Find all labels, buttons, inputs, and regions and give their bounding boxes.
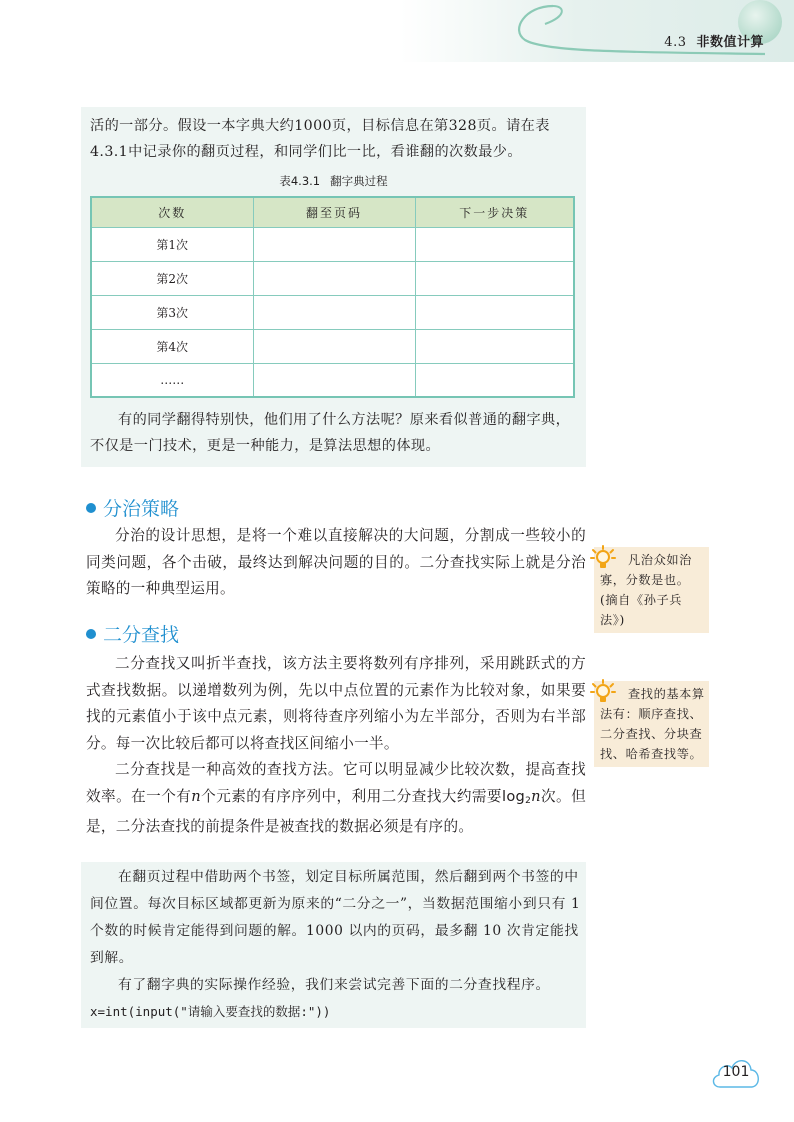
binary-search-paragraph-1: 二分查找又叫折半查找，该方法主要将数列有序排列，采用跳跃式的方式查找数据。以递增… [86, 651, 586, 757]
column-header: 下一步决策 [415, 197, 574, 227]
lightbulb-icon [590, 545, 616, 571]
table-cell-count: 第4次 [91, 329, 253, 363]
table-header-row: 次数 翻至页码 下一步决策 [91, 197, 574, 227]
section-heading-binary-search: 二分查找 [86, 620, 179, 647]
bullet-dot-icon [86, 629, 96, 639]
table-caption-title: 翻字典过程 [330, 174, 388, 188]
margin-note-sunzi: 凡治众如治寡，分数是也。(摘自《孙子兵法》) [594, 547, 709, 633]
table-row: 第3次 [91, 295, 574, 329]
math-variable-n: n [191, 788, 201, 805]
binary-search-body: 二分查找又叫折半查找，该方法主要将数列有序排列，采用跳跃式的方式查找数据。以递增… [86, 651, 586, 841]
table-cell-count: 第2次 [91, 261, 253, 295]
chapter-header: 4.3非数值计算 [664, 31, 764, 50]
bullet-dot-icon [86, 503, 96, 513]
binary-search-paragraph-2: 二分查找是一种高效的查找方法。它可以明显减少比较次数，提高查找效率。在一个有n个… [86, 757, 586, 841]
page-number: 101 [710, 1064, 762, 1080]
table-cell-decision[interactable] [415, 261, 574, 295]
divide-conquer-body: 分治的设计思想，是将一个难以直接解决的大问题，分割成一些较小的同类问题，各个击破… [86, 523, 586, 603]
section-heading-text: 二分查找 [103, 620, 179, 647]
table-cell-count: 第3次 [91, 295, 253, 329]
table-row: 第2次 [91, 261, 574, 295]
section-heading-divide-conquer: 分治策略 [86, 494, 179, 521]
table-cell-page[interactable] [253, 295, 415, 329]
table-row: 第4次 [91, 329, 574, 363]
table-cell-decision[interactable] [415, 227, 574, 261]
code-line: x=int(input("请输入要查找的数据:")) [90, 1002, 330, 1020]
margin-note-search-algorithms: 查找的基本算法有：顺序查找、二分查找、分块查找、哈希查找等。 [594, 681, 709, 767]
table-cell-decision[interactable] [415, 363, 574, 397]
table-cell-count: 第1次 [91, 227, 253, 261]
section-title: 非数值计算 [696, 35, 764, 50]
table-cell-page[interactable] [253, 227, 415, 261]
activity-box: 活的一部分。假设一本字典大约1000页，目标信息在第328页。请在表4.3.1中… [81, 107, 586, 467]
think-box-paragraph-2: 有了翻字典的实际操作经验，我们来尝试完善下面的二分查找程序。 [90, 972, 582, 999]
section-heading-text: 分治策略 [103, 494, 179, 521]
table-caption: 表4.3.1翻字典过程 [81, 173, 586, 189]
text-run: 个元素的有序序列中，利用二分查找大约需要log [201, 788, 525, 805]
table-cell-page[interactable] [253, 261, 415, 295]
section-number: 4.3 [664, 35, 686, 50]
column-header: 次数 [91, 197, 253, 227]
think-box: 在翻页过程中借助两个书签，划定目标所属范围，然后翻到两个书签的中间位置。每次目标… [81, 862, 586, 1028]
activity-conclusion-paragraph: 有的同学翻得特别快，他们用了什么方法呢？原来看似普通的翻字典，不仅是一门技术，更… [90, 407, 582, 459]
flip-dictionary-table: 次数 翻至页码 下一步决策 第1次 第2次 第3次 第4次 [90, 196, 575, 398]
table-row: …… [91, 363, 574, 397]
table-cell-decision[interactable] [415, 295, 574, 329]
math-variable-n: n [531, 788, 541, 805]
think-box-paragraph-1: 在翻页过程中借助两个书签，划定目标所属范围，然后翻到两个书签的中间位置。每次目标… [90, 864, 582, 972]
column-header: 翻至页码 [253, 197, 415, 227]
table-cell-page[interactable] [253, 329, 415, 363]
table-caption-number: 表4.3.1 [279, 174, 320, 188]
table-row: 第1次 [91, 227, 574, 261]
divide-conquer-paragraph: 分治的设计思想，是将一个难以直接解决的大问题，分割成一些较小的同类问题，各个击破… [86, 523, 586, 603]
table-cell-decision[interactable] [415, 329, 574, 363]
table-cell-count: …… [91, 363, 253, 397]
table-cell-page[interactable] [253, 363, 415, 397]
activity-paragraph: 活的一部分。假设一本字典大约1000页，目标信息在第328页。请在表4.3.1中… [90, 113, 582, 165]
lightbulb-icon [590, 679, 616, 705]
